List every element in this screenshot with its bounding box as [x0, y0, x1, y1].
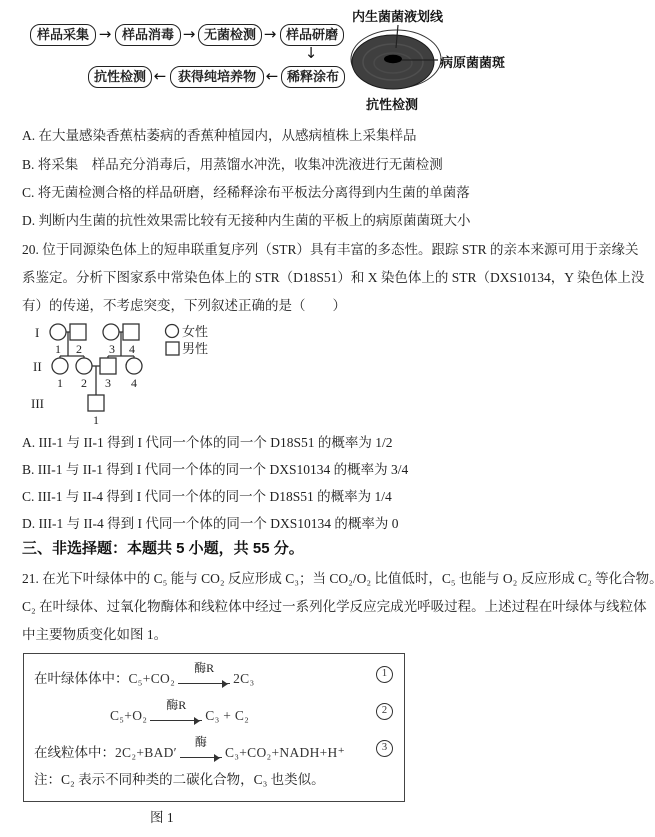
figure1-box: 在叶绿体体中： C₅+CO₂ 酶R 2C₃ 1 C₅+O₂ 酶R C₃ + C₂… — [23, 653, 405, 802]
eq3-rhs: C₃+CO₂+NADH+H⁺ — [225, 745, 345, 761]
eq2-rhs: C₃ + C₂ — [205, 708, 249, 724]
flow-box-resistance-test: 抗性检测 — [88, 66, 152, 88]
q19-option-a: A. 在大量感染香蕉枯萎病的香蕉种植园内，从感病植株上采集样品 — [22, 127, 642, 145]
arrow-right-icon: → — [262, 26, 278, 42]
equation-1: 在叶绿体体中： C₅+CO₂ 酶R 2C₃ — [34, 662, 254, 687]
equation-3: 在线粒体中： 2C₂+BAD′ 酶 C₃+CO₂+NADH+H⁺ — [34, 736, 345, 761]
reaction-arrow: 酶R — [150, 699, 202, 721]
flow-box-sample-disinfect: 样品消毒 — [115, 24, 181, 46]
legend-male-label: 男性 — [182, 341, 208, 356]
q20-stem-line1: 20. 位于同源染色体上的短串联重复序列（STR）具有丰富的多态性。跟踪 STR… — [22, 236, 647, 264]
pedigree-I-2-male — [70, 324, 86, 340]
pedigree-II-3-male — [100, 358, 116, 374]
reaction-arrow: 酶R — [178, 662, 230, 684]
pedigree-number: 3 — [109, 342, 115, 356]
legend-male-icon — [166, 342, 179, 355]
arrow-right-icon: → — [97, 26, 113, 42]
q19-option-c: C. 将无菌检测合格的样品研磨，经稀释涂布平板法分离得到内生菌的单菌落 — [22, 184, 642, 202]
figure1-note: 注：C₂ 表示不同种类的二碳化合物，C₃ 也类似。 — [34, 768, 325, 788]
q19-option-b: B. 将采集 样品充分消毒后，用蒸馏水冲洗，收集冲洗液进行无菌检测 — [22, 156, 642, 174]
petri-caption: 抗性检测 — [366, 94, 418, 113]
pedigree-II-4-female — [126, 358, 142, 374]
pedigree-I-1-female — [50, 324, 66, 340]
legend-female-icon — [166, 325, 179, 338]
pedigree-number: 1 — [57, 376, 63, 390]
eq1-enzyme-label: 酶R — [194, 662, 214, 675]
pedigree-number: 4 — [131, 376, 137, 390]
eq2-number-badge: 2 — [376, 703, 393, 720]
eq1-location-label: 在叶绿体体中： — [34, 667, 129, 687]
eq1-rhs: 2C₃ — [233, 671, 254, 687]
reaction-arrow: 酶 — [180, 736, 222, 758]
q20-option-b: B. III-1 与 II-1 得到 I 代同一个体的同一个 DXS10134 … — [22, 461, 642, 479]
legend-female-label: 女性 — [182, 324, 208, 339]
pedigree-number: 2 — [76, 342, 82, 356]
gen-label-III: III — [31, 396, 44, 411]
pedigree-number: 2 — [81, 376, 87, 390]
pedigree-III-1-male — [88, 395, 104, 411]
arrow-left-icon: ← — [152, 68, 168, 84]
pedigree-number: 4 — [129, 342, 135, 356]
pedigree-I-4-male — [123, 324, 139, 340]
eq2-enzyme-label: 酶R — [166, 699, 186, 712]
eq3-lhs: 2C₂+BAD′ — [115, 745, 177, 761]
pedigree-chart: I II III 1 2 3 4 1 2 3 4 1 女性 男性 — [28, 316, 268, 431]
flow-box-sample-collect: 样品采集 — [30, 24, 96, 46]
q21-stem-line3: 中主要物质变化如图 1。 — [22, 621, 647, 649]
pedigree-II-1-female — [52, 358, 68, 374]
arrow-left-icon: ← — [264, 68, 280, 84]
q20-option-c: C. III-1 与 II-4 得到 I 代同一个体的同一个 D18S51 的概… — [22, 488, 642, 506]
flow-box-sample-grind: 样品研磨 — [280, 24, 344, 46]
eq3-number-badge: 3 — [376, 740, 393, 757]
figure1-caption: 图 1 — [150, 806, 174, 826]
q19-option-d: D. 判断内生菌的抗性效果需比较有无接种内生菌的平板上的病原菌菌斑大小 — [22, 212, 642, 230]
section-heading: 三、非选择题：本题共 5 小题，共 55 分。 — [22, 538, 642, 560]
equation-2: C₅+O₂ 酶R C₃ + C₂ — [110, 699, 249, 724]
q20-option-d: D. III-1 与 II-4 得到 I 代同一个体的同一个 DXS10134 … — [22, 515, 642, 533]
q20-option-a: A. III-1 与 II-1 得到 I 代同一个体的同一个 D18S51 的概… — [22, 434, 642, 452]
gen-label-II: II — [33, 359, 42, 374]
arrow-down-icon: ↓ — [303, 45, 319, 61]
flow-box-dilution-spread: 稀释涂布 — [281, 66, 345, 88]
pedigree-number: 3 — [105, 376, 111, 390]
q21-stem-line2: C₂ 在叶绿体、过氧化物酶体和线粒体中经过一系列化学反应完成光呼吸过程。上述过程… — [22, 593, 647, 621]
pedigree-II-2-female — [76, 358, 92, 374]
eq1-number-badge: 1 — [376, 666, 393, 683]
flow-box-sterility-test: 无菌检测 — [198, 24, 262, 46]
gen-label-I: I — [35, 325, 39, 340]
pedigree-I-3-female — [103, 324, 119, 340]
eq3-location-label: 在线粒体中： — [34, 741, 115, 761]
eq2-lhs: C₅+O₂ — [110, 708, 147, 724]
pathogen-spot — [384, 55, 402, 63]
q20-stem-line2: 系鉴定。分析下图家系中常染色体上的 STR（D18S51）和 X 染色体上的 S… — [22, 264, 647, 292]
exam-page: 样品采集 → 样品消毒 → 无菌检测 → 样品研磨 ↓ 抗性检测 ← 获得纯培养… — [0, 0, 655, 837]
pedigree-number: 1 — [55, 342, 61, 356]
flow-box-pure-culture: 获得纯培养物 — [170, 66, 264, 88]
eq3-enzyme-label: 酶 — [195, 736, 207, 749]
q21-stem-line1: 21. 在光下叶绿体中的 C₅ 能与 CO₂ 反应形成 C₃；当 CO₂/O₂ … — [22, 565, 647, 593]
petri-right-label: 病原菌菌斑 — [440, 52, 505, 71]
arrow-right-icon: → — [181, 26, 197, 42]
eq1-lhs: C₅+CO₂ — [129, 671, 176, 687]
pedigree-number: 1 — [93, 413, 99, 427]
